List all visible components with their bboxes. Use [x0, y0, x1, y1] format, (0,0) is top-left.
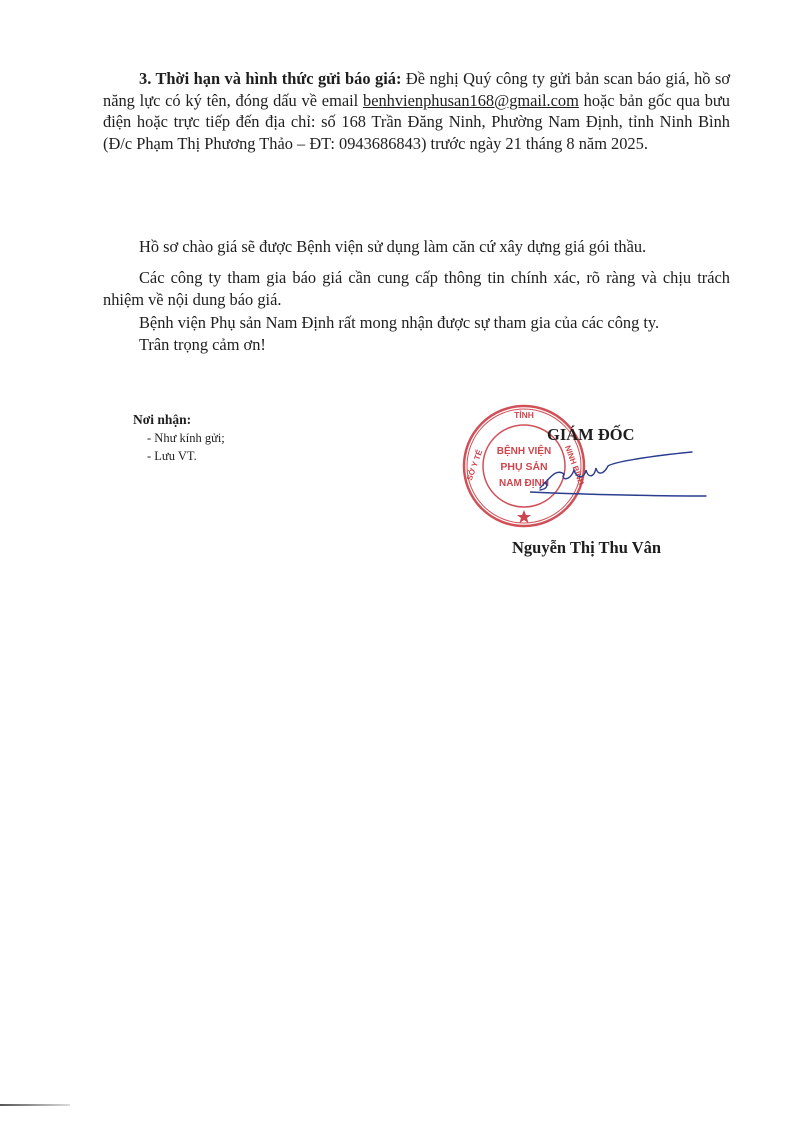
paragraph-thanks: Trân trọng cảm ơn!: [139, 334, 739, 356]
paragraph-accuracy: Các công ty tham gia báo giá cần cung cấ…: [103, 267, 730, 310]
recipient-item: - Lưu VT.: [133, 447, 225, 465]
signature-scribble: [530, 448, 710, 508]
recipient-item: - Như kính gửi;: [133, 429, 225, 447]
section-3-heading: 3. Thời hạn và hình thức gửi báo giá:: [139, 69, 401, 88]
closing-block: Bệnh viện Phụ sản Nam Định rất mong nhận…: [139, 312, 739, 355]
paragraph-invitation: Bệnh viện Phụ sản Nam Định rất mong nhận…: [139, 312, 739, 334]
star-icon: [517, 510, 531, 523]
signer-name: Nguyễn Thị Thu Vân: [512, 538, 661, 558]
paragraph-quote-usage: Hồ sơ chào giá sẽ được Bệnh viện sử dụng…: [103, 236, 730, 258]
signature-title: GIÁM ĐỐC: [547, 425, 635, 445]
section-3-paragraph: 3. Thời hạn và hình thức gửi báo giá: Đề…: [103, 68, 730, 154]
recipients-block: Nơi nhận: - Như kính gửi; - Lưu VT.: [133, 411, 225, 465]
recipients-title: Nơi nhận:: [133, 411, 225, 429]
page-edge-line: [0, 1104, 70, 1106]
stamp-ring-top: TỈNH: [514, 409, 534, 420]
email-link[interactable]: benhvienphusan168@gmail.com: [363, 91, 579, 110]
